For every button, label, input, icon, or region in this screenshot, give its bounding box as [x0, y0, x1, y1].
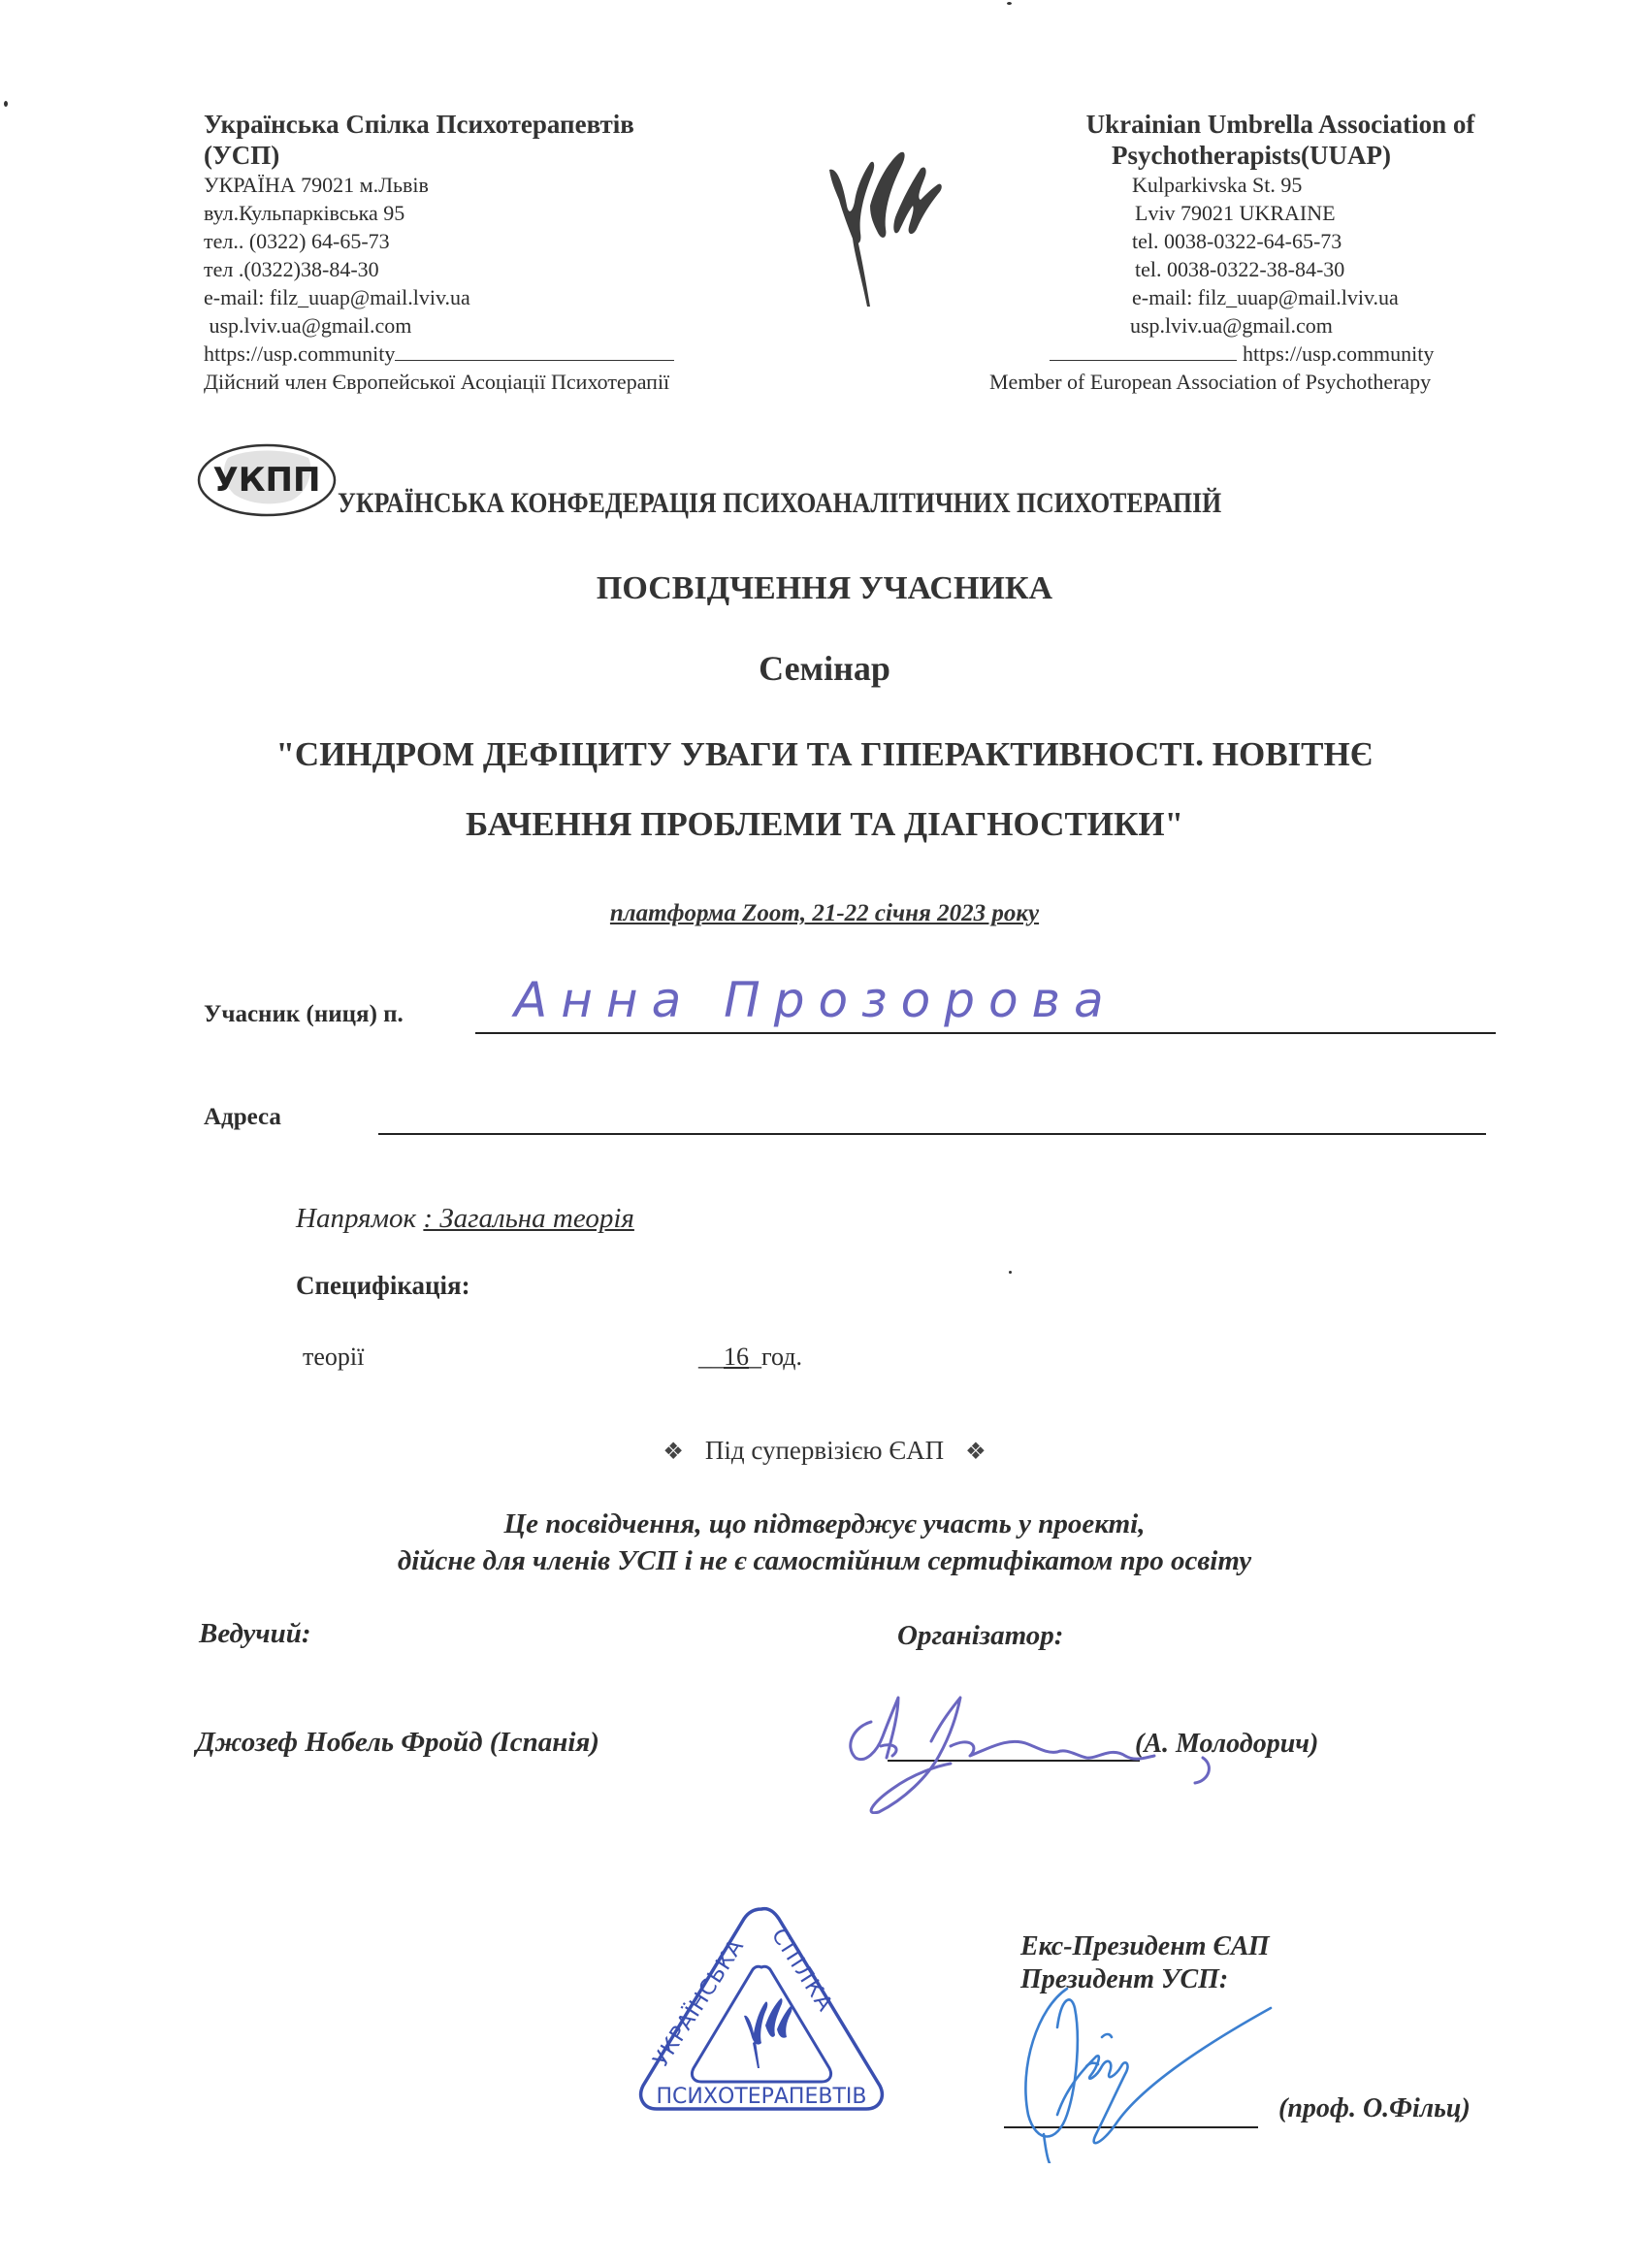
- event-title-line2: БАЧЕННЯ ПРОБЛЕМИ ТА ДІАГНОСТИКИ": [0, 805, 1649, 844]
- website-link[interactable]: https://usp.community: [1243, 341, 1434, 366]
- supervision-line: ❖Під супервізією ЄАП❖: [0, 1436, 1649, 1466]
- ukpp-logo-text: УКПП: [213, 461, 321, 500]
- address-line: Lviv 79021 UKRAINE: [980, 199, 1523, 227]
- phone-line: tel. 0038-0322-64-65-73: [980, 227, 1523, 255]
- document-title: ПОСВІДЧЕННЯ УЧАСНИКА: [0, 570, 1649, 607]
- membership-line: Дійсний член Європейської Асоціації Псих…: [204, 368, 786, 396]
- hours-unit: _год.: [749, 1343, 802, 1371]
- ornament-diamond-icon: ❖: [965, 1440, 986, 1465]
- email-line: e-mail: filz_uuap@mail.lviv.ua: [980, 283, 1523, 311]
- direction-row: Напрямок : Загальна теорія: [296, 1203, 634, 1235]
- organizer-signature-icon: [834, 1688, 1242, 1814]
- spec-item-label: теорії: [303, 1343, 364, 1372]
- header-left-ukrainian: Українська Спілка Психотерапевтів (УСП) …: [204, 109, 786, 396]
- membership-line: Member of European Association of Psycho…: [980, 368, 1523, 396]
- scan-speck: [1009, 1271, 1012, 1274]
- org-name-en: Ukrainian Umbrella Association of: [980, 109, 1523, 140]
- email-line: usp.lviv.ua@gmail.com: [204, 311, 786, 340]
- supervision-text: Під супервізією ЄАП: [705, 1436, 944, 1465]
- notice-line2: дійсне для членів УСП і не є самостійним…: [0, 1542, 1649, 1579]
- website-line: https://usp.community: [980, 340, 1523, 368]
- ukpp-logo-icon: УКПП: [194, 437, 339, 524]
- participant-label: Учасник (ниця) п.: [204, 1001, 404, 1028]
- direction-label: Напрямок: [296, 1203, 416, 1234]
- phone-line: tel. 0038-0322-38-84-30: [980, 255, 1523, 283]
- header-right-english: Ukrainian Umbrella Association of Psycho…: [980, 109, 1523, 396]
- confederation-title: УКРАЇНСЬКА КОНФЕДЕРАЦІЯ ПСИХОАНАЛІТИЧНИХ…: [338, 487, 1221, 520]
- participant-name-handwritten[interactable]: Анна Прозорова: [514, 972, 1117, 1028]
- notice-line1: Це посвідчення, що підтверджує участь у …: [0, 1506, 1649, 1542]
- org-abbrev-ua: (УСП): [204, 140, 786, 171]
- blank-underline: [1050, 342, 1237, 361]
- org-abbrev-en: Psychotherapists(UUAP): [980, 140, 1523, 171]
- scan-speck: [1007, 2, 1012, 5]
- president-title-line1: Екс-Президент ЄАП: [1020, 1930, 1270, 1963]
- website-link[interactable]: https://usp.community: [204, 341, 395, 366]
- address-line: УКРАЇНА 79021 м.Львів: [204, 171, 786, 199]
- website-line: https://usp.community: [204, 340, 786, 368]
- organization-stamp-icon: УКРАЇНСЬКА СПІЛКА ПСИХОТЕРАПЕВТІВ: [635, 1901, 888, 2120]
- blank-underline: [395, 342, 674, 361]
- president-name: (проф. О.Фільц): [1278, 2093, 1471, 2124]
- blank-prefix: __: [698, 1343, 724, 1371]
- stamp-text-bottom: ПСИХОТЕРАПЕВТІВ: [657, 2085, 867, 2109]
- usp-logo-icon: [820, 146, 955, 310]
- ornament-diamond-icon: ❖: [663, 1440, 684, 1465]
- address-line: вул.Кульпарківська 95: [204, 199, 786, 227]
- email-line: usp.lviv.ua@gmail.com: [980, 311, 1523, 340]
- validity-notice: Це посвідчення, що підтверджує участь у …: [0, 1506, 1649, 1579]
- event-title-line1: "СИНДРОМ ДЕФІЦИТУ УВАГИ ТА ГІПЕРАКТИВНОС…: [0, 735, 1649, 774]
- phone-line: тел.. (0322) 64-65-73: [204, 227, 786, 255]
- host-name: Джозеф Нобель Фройд (Іспанія): [196, 1727, 599, 1759]
- spec-hours-row: __16_год.: [698, 1343, 802, 1372]
- participant-underline: [475, 1032, 1496, 1034]
- org-name-ua: Українська Спілка Психотерапевтів: [204, 109, 786, 140]
- scan-speck: [4, 101, 8, 107]
- specification-label: Специфікація:: [296, 1271, 470, 1301]
- platform-date: платформа Zoom, 21-22 січня 2023 року: [0, 900, 1649, 927]
- email-line: e-mail: filz_uuap@mail.lviv.ua: [204, 283, 786, 311]
- direction-value: : Загальна теорія: [423, 1203, 634, 1234]
- host-label: Ведучий:: [199, 1618, 311, 1650]
- phone-line: тел .(0322)38-84-30: [204, 255, 786, 283]
- address-label: Адреса: [204, 1104, 281, 1131]
- event-type: Семінар: [0, 648, 1649, 689]
- address-line: Kulparkivska St. 95: [980, 171, 1523, 199]
- spec-hours-value: 16: [724, 1343, 749, 1371]
- president-signature-icon: [1009, 1969, 1290, 2163]
- organizer-label: Організатор:: [897, 1620, 1063, 1652]
- address-underline[interactable]: [378, 1133, 1486, 1135]
